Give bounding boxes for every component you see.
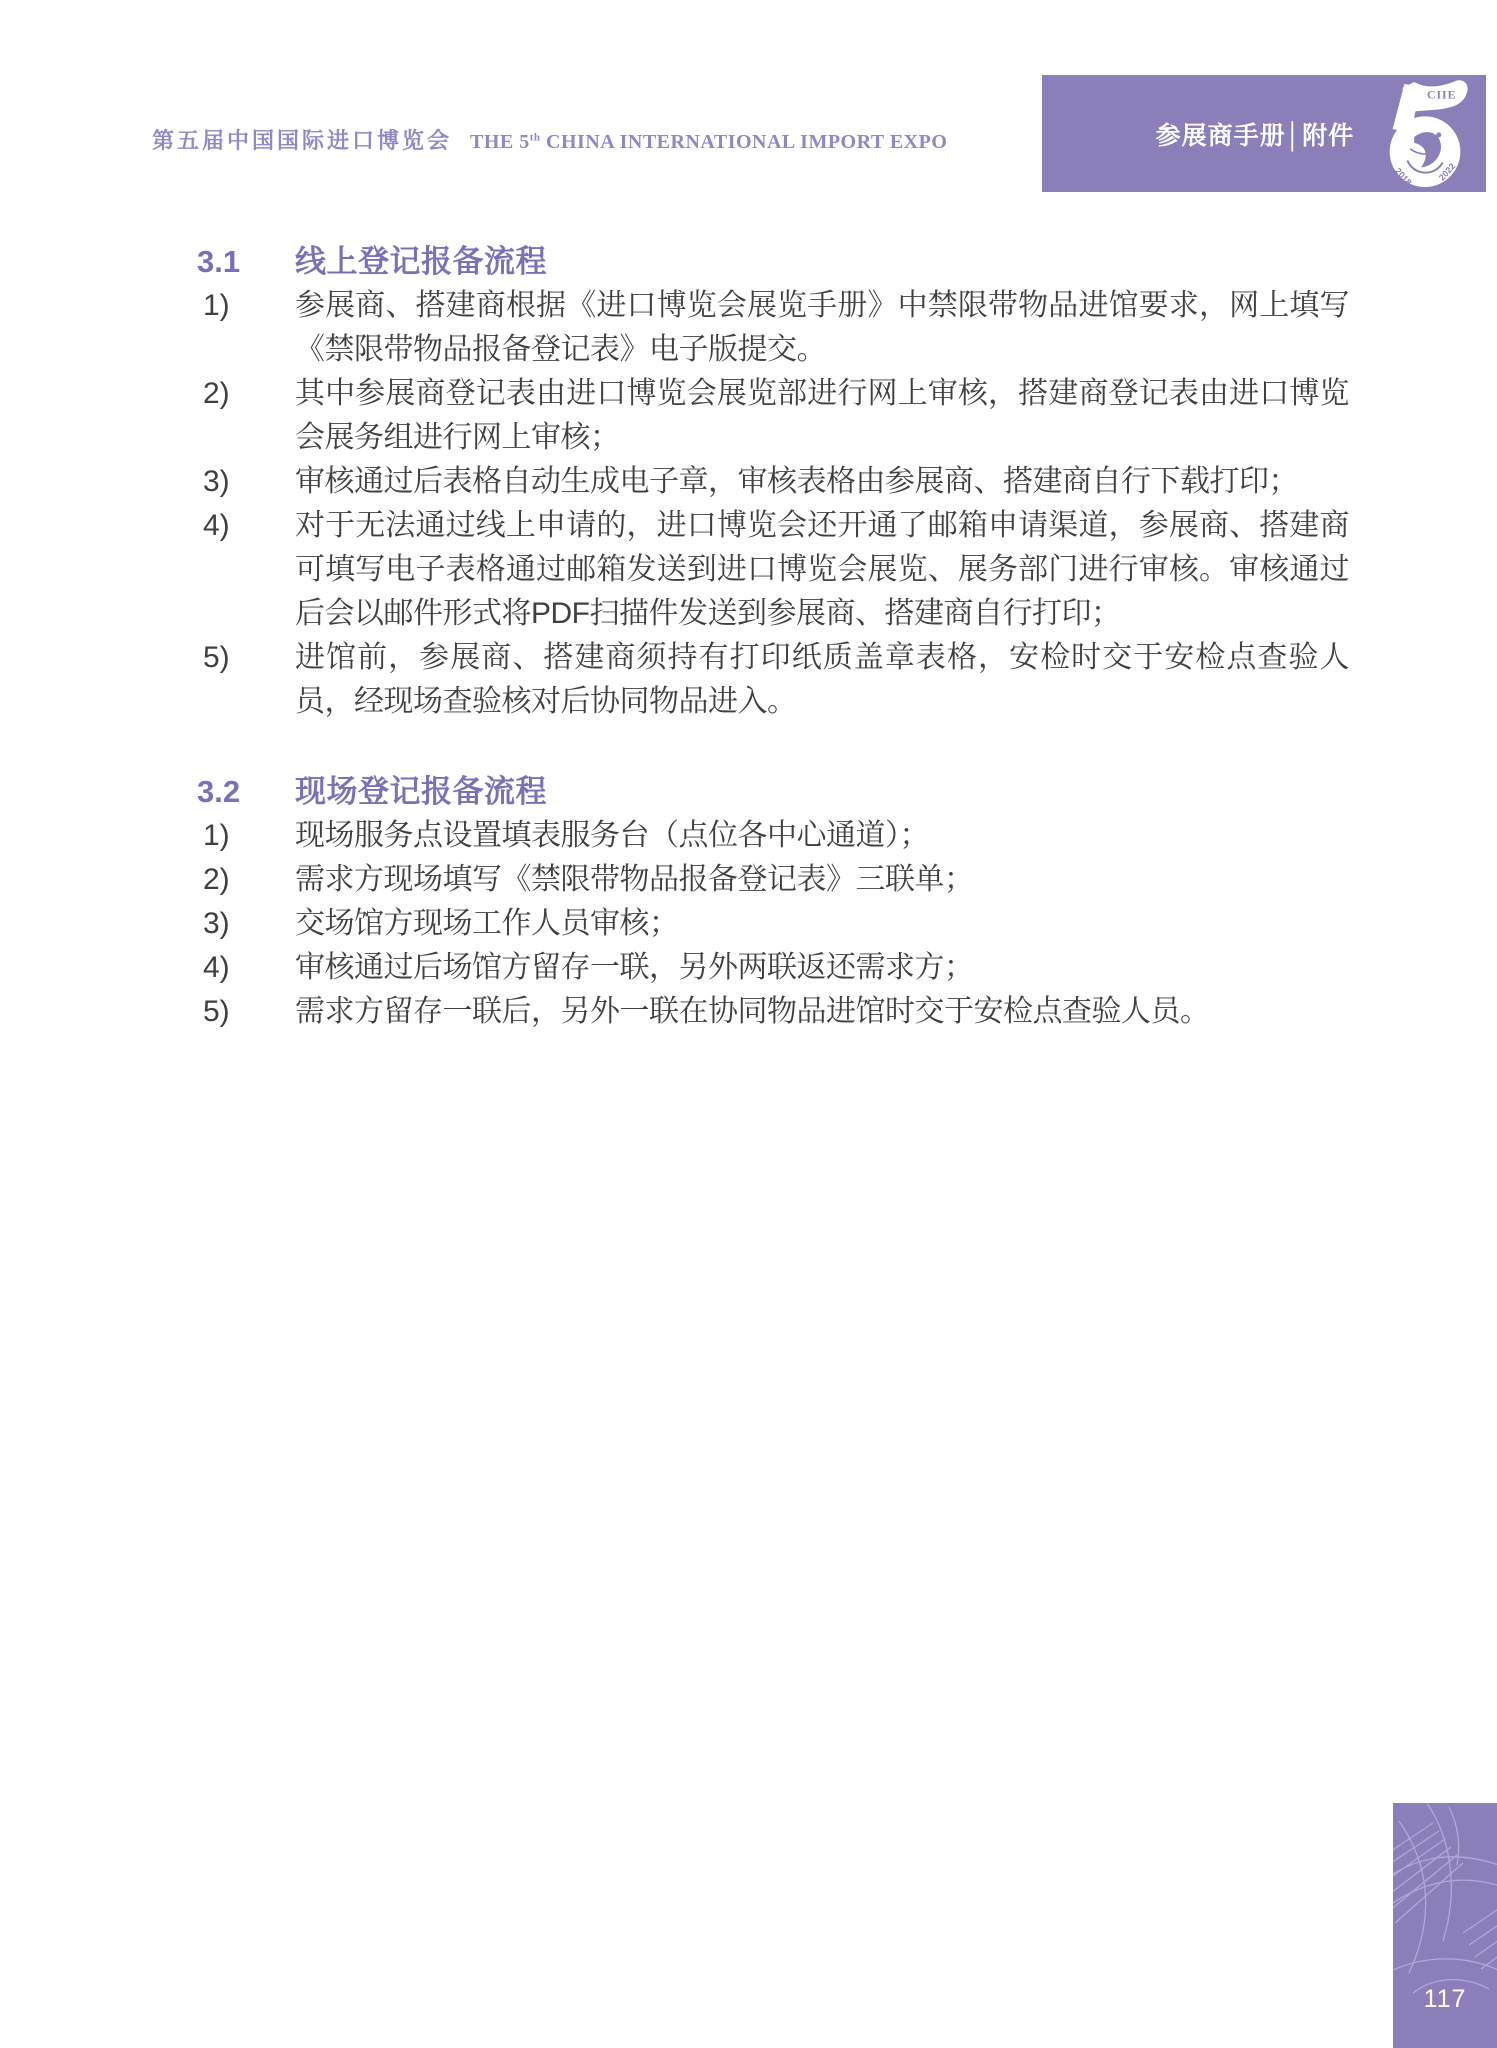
section-title: 线上登记报备流程 (295, 240, 1349, 284)
item-number: 1) (197, 284, 295, 372)
item-text: 需求方现场填写《禁限带物品报备登记表》三联单； (295, 858, 1349, 902)
section-title: 现场登记报备流程 (295, 770, 1349, 814)
banner-title: 参展商手册│附件 (1142, 75, 1368, 192)
list-item: 3)交场馆方现场工作人员审核； (197, 902, 1349, 946)
document-page: 第五届中国国际进口博览会THE 5th CHINA INTERNATIONAL … (0, 0, 1497, 2048)
brand-header: 第五届中国国际进口博览会THE 5th CHINA INTERNATIONAL … (152, 124, 947, 155)
chapter-banner: 参展商手册│附件 CIIE 2018 2022 (1042, 75, 1486, 192)
brand-title-zh: 第五届中国国际进口博览会 (152, 128, 452, 153)
item-number: 4) (197, 504, 295, 636)
item-text: 审核通过后场馆方留存一联，另外两联返还需求方； (295, 946, 1349, 990)
brand-en-ordinal: th (530, 131, 541, 143)
list-item: 2)其中参展商登记表由进口博览会展览部进行网上审核，搭建商登记表由进口博览会展务… (197, 372, 1349, 460)
decorative-sidebar: 117 (1393, 1803, 1497, 2048)
item-number: 3) (197, 460, 295, 504)
item-text: 进馆前，参展商、搭建商须持有打印纸质盖章表格，安检时交于安检点查验人员，经现场查… (295, 636, 1349, 724)
section: 3.1线上登记报备流程1)参展商、搭建商根据《进口博览会展览手册》中禁限带物品进… (197, 240, 1349, 724)
item-number: 5) (197, 636, 295, 724)
ciie-5-logo-icon: CIIE 2018 2022 (1380, 80, 1472, 188)
item-number: 4) (197, 946, 295, 990)
item-number: 2) (197, 372, 295, 460)
item-number: 5) (197, 990, 295, 1034)
list-item: 5)需求方留存一联后，另外一联在协同物品进馆时交于安检点查验人员。 (197, 990, 1349, 1034)
item-text: 其中参展商登记表由进口博览会展览部进行网上审核，搭建商登记表由进口博览会展务组进… (295, 372, 1349, 460)
brand-en-suffix: CHINA INTERNATIONAL IMPORT EXPO (541, 131, 948, 153)
section-heading: 3.2现场登记报备流程 (197, 770, 1349, 814)
item-text: 对于无法通过线上申请的，进口博览会还开通了邮箱申请渠道，参展商、搭建商可填写电子… (295, 504, 1349, 636)
list-item: 3)审核通过后表格自动生成电子章，审核表格由参展商、搭建商自行下载打印； (197, 460, 1349, 504)
item-text: 现场服务点设置填表服务台（点位各中心通道）； (295, 814, 1349, 858)
section-heading: 3.1线上登记报备流程 (197, 240, 1349, 284)
list-item: 1)现场服务点设置填表服务台（点位各中心通道）； (197, 814, 1349, 858)
section-number: 3.1 (197, 240, 295, 284)
page-content: 3.1线上登记报备流程1)参展商、搭建商根据《进口博览会展览手册》中禁限带物品进… (197, 240, 1349, 1034)
item-text: 审核通过后表格自动生成电子章，审核表格由参展商、搭建商自行下载打印； (295, 460, 1349, 504)
section-number: 3.2 (197, 770, 295, 814)
page-number: 117 (1393, 1987, 1497, 2012)
item-text: 需求方留存一联后，另外一联在协同物品进馆时交于安检点查验人员。 (295, 990, 1349, 1034)
item-number: 1) (197, 814, 295, 858)
list-item: 4)对于无法通过线上申请的，进口博览会还开通了邮箱申请渠道，参展商、搭建商可填写… (197, 504, 1349, 636)
logo-flag-text: CIIE (1427, 89, 1456, 102)
brand-title-en: THE 5th CHINA INTERNATIONAL IMPORT EXPO (470, 131, 947, 153)
list-item: 5)进馆前，参展商、搭建商须持有打印纸质盖章表格，安检时交于安检点查验人员，经现… (197, 636, 1349, 724)
list-item: 4)审核通过后场馆方留存一联，另外两联返还需求方； (197, 946, 1349, 990)
item-text: 交场馆方现场工作人员审核； (295, 902, 1349, 946)
list-item: 2)需求方现场填写《禁限带物品报备登记表》三联单； (197, 858, 1349, 902)
section: 3.2现场登记报备流程1)现场服务点设置填表服务台（点位各中心通道）；2)需求方… (197, 770, 1349, 1034)
item-number: 3) (197, 902, 295, 946)
list-item: 1)参展商、搭建商根据《进口博览会展览手册》中禁限带物品进馆要求，网上填写《禁限… (197, 284, 1349, 372)
item-number: 2) (197, 858, 295, 902)
brand-en-prefix: THE 5 (470, 131, 530, 153)
item-text: 参展商、搭建商根据《进口博览会展览手册》中禁限带物品进馆要求，网上填写《禁限带物… (295, 284, 1349, 372)
